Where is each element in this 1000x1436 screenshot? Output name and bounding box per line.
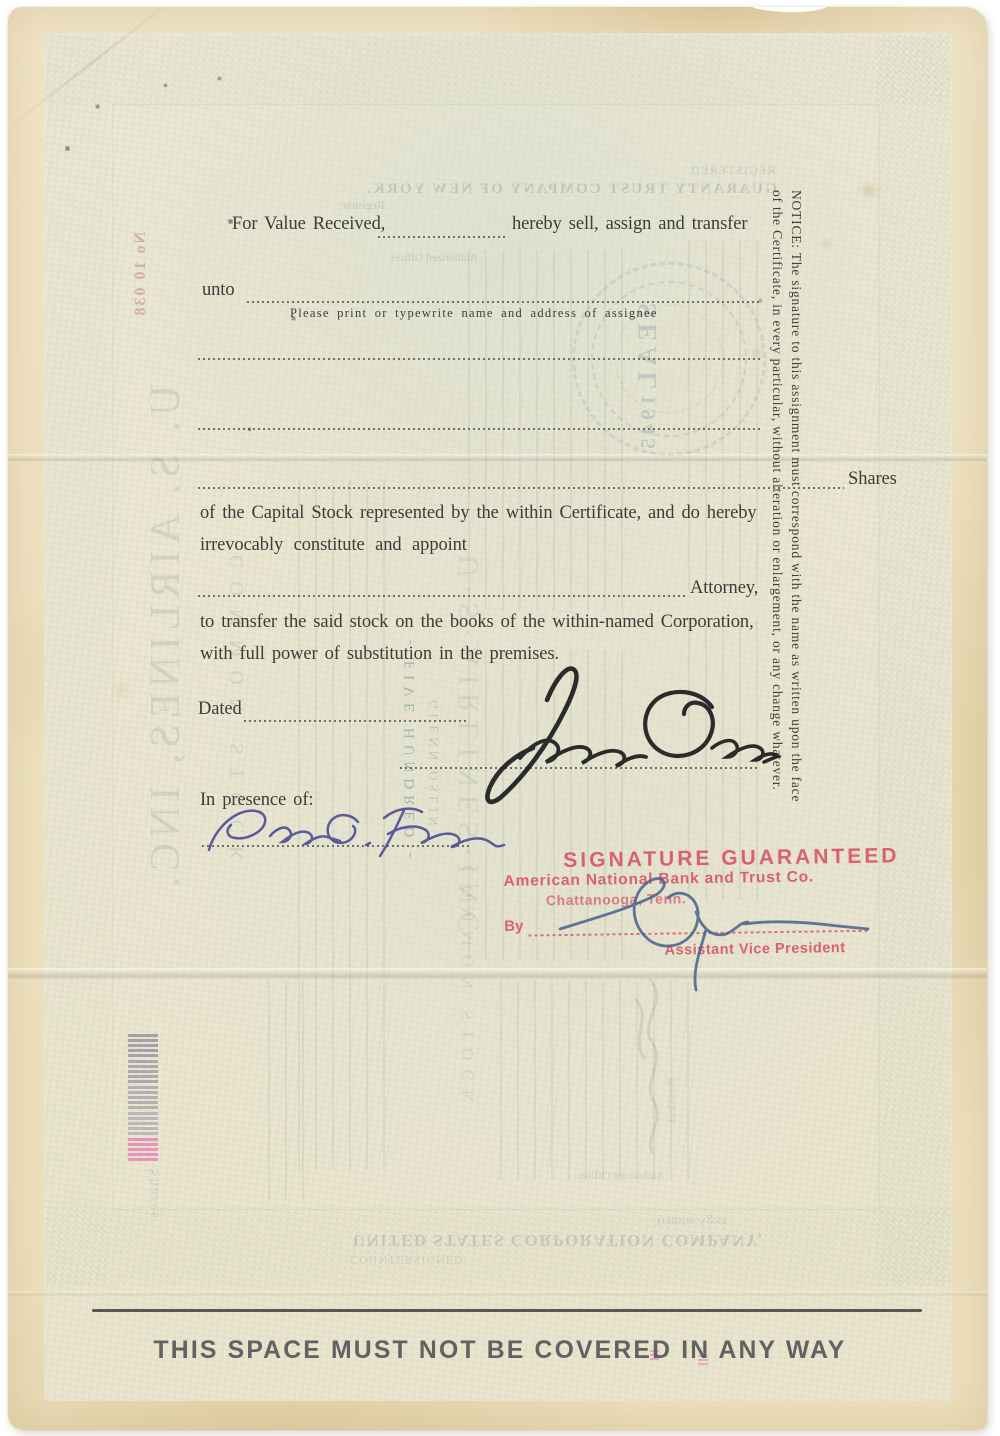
- assignee-instruction: Please print or typewrite name and addre…: [290, 306, 650, 321]
- ghost-president-label: President.: [664, 1078, 679, 1170]
- certificate-back-paper: REGISTERED GUARANTY TRUST COMPANY OF NEW…: [8, 7, 987, 1430]
- paper-edge-nick: [744, 7, 829, 13]
- ghost-registrar-label: Registrar.: [340, 200, 384, 212]
- notice-line-2: of the Certificate, in every particular,…: [768, 190, 787, 896]
- ghost-countersigned: COUNTERSIGNED:: [350, 1252, 468, 1267]
- fold-crease: [8, 454, 987, 463]
- fold-crease: [8, 968, 987, 981]
- share-count-blank: [198, 487, 844, 489]
- ghost-shares-word: Shares: [146, 1168, 163, 1263]
- ghost-common-stock: COMMON STOCK: [226, 555, 249, 890]
- notice-line-1: NOTICE: The signature to this assignment…: [787, 190, 806, 896]
- ghost-authorized-officer-bottom: Authorized Officer.: [575, 1170, 665, 1182]
- ghost-registered: REGISTERED: [690, 165, 775, 177]
- capital-stock-line: of the Capital Stock represented by the …: [200, 503, 757, 524]
- cancellation-stamp-block-pink: [128, 1138, 158, 1162]
- transfer-line: to transfer the said stock on the books …: [200, 612, 754, 633]
- unto-label: unto: [202, 280, 235, 301]
- cancellation-stamp-block: [128, 1112, 158, 1136]
- shares-label: Shares: [848, 469, 897, 490]
- cancellation-stamp-block: [128, 1034, 158, 1058]
- in-presence-of-label: In presence of:: [200, 790, 313, 811]
- cancellation-stamp-block: [128, 1060, 158, 1084]
- witness-signature-line: [202, 845, 470, 847]
- stamp-bank-name: American National Bank and Trust Co.: [503, 868, 814, 890]
- ghost-border-left: [46, 36, 108, 1286]
- ghost-transfer-company: UNITED STATES CORPORATION COMPANY,: [352, 1230, 764, 1250]
- for-value-received-label: For Value Received,: [232, 214, 385, 235]
- stamp-city: Chattanooga, Tenn.: [546, 890, 687, 908]
- seller-name-blank: [378, 236, 508, 238]
- cancellation-stamp-block: [128, 1086, 158, 1110]
- ghost-share-amount: - FIVE HUNDRED -: [402, 640, 419, 902]
- ghost-border-top: [46, 36, 950, 106]
- appoint-line: irrevocably constitute and appoint: [200, 535, 467, 556]
- stamp-by-label: By: [504, 918, 523, 935]
- attorney-label: Attorney,: [690, 578, 758, 599]
- ghost-seal-text: SEAL​1945: [633, 303, 663, 423]
- ghost-authorized-officer: Authorized Officer.: [388, 252, 478, 264]
- signature-notice: NOTICE: The signature to this assignment…: [760, 190, 806, 896]
- dated-label: Dated: [198, 699, 242, 720]
- stamp-signature-line: [528, 930, 868, 937]
- fold-crease: [8, 1291, 987, 1297]
- ghost-paragraph-column: [298, 480, 386, 1170]
- attorney-name-blank: [198, 595, 686, 597]
- signature-guarantee-stamp: SIGNATURE GUARANTEED American National B…: [499, 842, 913, 973]
- assignee-name-blank: [247, 301, 760, 303]
- cancellation-stamp: [128, 1034, 158, 1164]
- ghost-company-name-vertical: U. S. AIRLINES, INC.: [142, 385, 190, 1030]
- substitution-line: with full power of substitution in the p…: [200, 644, 559, 665]
- assignee-address-blank-2: [198, 428, 760, 430]
- ghost-common-stock-2: COMMON STOCK: [458, 865, 478, 1130]
- seller-signature-line: [400, 767, 757, 769]
- scan-background: REGISTERED GUARANTY TRUST COMPANY OF NEW…: [0, 0, 1000, 1436]
- ghost-border-right: [876, 36, 950, 1286]
- date-blank: [244, 720, 466, 722]
- ghost-owner-name: GLENN OSLIN: [426, 700, 442, 905]
- assignee-address-blank: [198, 358, 760, 360]
- ghost-registrar-company: GUARANTY TRUST COMPANY OF NEW YORK.: [365, 181, 777, 198]
- sell-assign-transfer-label: hereby sell, assign and transfer: [512, 214, 747, 235]
- ghost-paragraph-column: [268, 980, 308, 1200]
- footer-warning: THIS SPACE MUST NOT BE COVERED IN ANY WA…: [104, 1336, 896, 1365]
- ghost-certificate-number: No 10 038: [132, 232, 150, 344]
- stamp-officer-title: Assistant Vice President: [664, 940, 845, 959]
- ghost-transfer-agent: Transfer Agent: [655, 1214, 727, 1229]
- footer-rule: [92, 1309, 922, 1312]
